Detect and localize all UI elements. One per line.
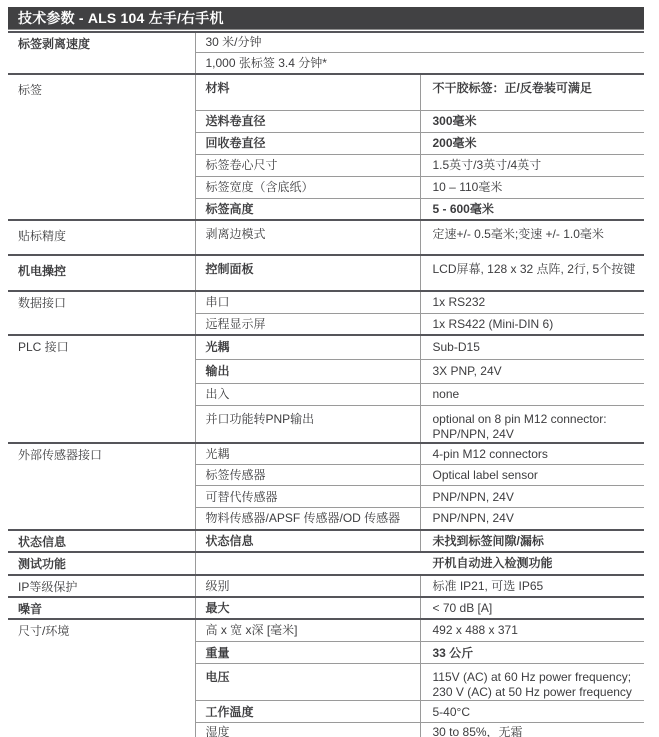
spec-row: 尺寸/环境高 x 宽 x深 [毫米]492 x 488 x 371 — [8, 619, 644, 642]
spec-value-cell: PNP/NPN, 24V — [420, 486, 644, 508]
section-label-cell: 机电操控 — [8, 255, 195, 291]
spec-table: 标签剥离速度30 米/分钟1,000 张标签 3.4 分钟*标签材料不干胶标签：… — [8, 31, 644, 737]
spec-value-cell: LCD屏幕, 128 x 32 点阵, 2行, 5个按键 — [420, 255, 644, 291]
spec-value-cell: 30 to 85%，无霜 — [420, 723, 644, 737]
section-label-cell: 外部传感器接口 — [8, 443, 195, 530]
spec-table-body: 标签剥离速度30 米/分钟1,000 张标签 3.4 分钟*标签材料不干胶标签：… — [8, 32, 644, 737]
spec-sheet-page: 技术参数 - ALS 104 左手/右手机 标签剥离速度30 米/分钟1,000… — [0, 0, 659, 737]
spec-row: PLC 接口光耦Sub-D15 — [8, 335, 644, 359]
spec-name-cell: 重量 — [195, 642, 420, 664]
spec-value-cell: Optical label sensor — [420, 465, 644, 486]
spec-name-cell: 光耦 — [195, 443, 420, 465]
section-label-cell: PLC 接口 — [8, 335, 195, 443]
spec-name-cell: 湿度 — [195, 723, 420, 737]
spec-row: 噪音最大< 70 dB [A] — [8, 597, 644, 619]
spec-name-cell: 标签高度 — [195, 198, 420, 220]
spec-name-cell: 标签传感器 — [195, 465, 420, 486]
spec-name-cell: 标签卷心尺寸 — [195, 154, 420, 176]
spec-value-cell: optional on 8 pin M12 connector: PNP/NPN… — [420, 405, 644, 443]
spec-value-cell: 5 - 600毫米 — [420, 198, 644, 220]
spec-row: 外部传感器接口光耦4-pin M12 connectors — [8, 443, 644, 465]
spec-name-cell: 剥离边模式 — [195, 220, 420, 255]
spec-row: 状态信息状态信息未找到标签间隙/漏标 — [8, 530, 644, 552]
spec-value-cell: 5-40°C — [420, 701, 644, 723]
spec-value-cell: 1,000 张标签 3.4 分钟* — [195, 52, 644, 74]
section-label-cell: 噪音 — [8, 597, 195, 619]
section-label-cell: 标签 — [8, 74, 195, 220]
section-label-cell: 贴标精度 — [8, 220, 195, 255]
spec-value-cell: 开机自动进入检测功能 — [195, 552, 644, 575]
page-title: 技术参数 - ALS 104 左手/右手机 — [8, 7, 644, 30]
section-label-cell: 状态信息 — [8, 530, 195, 552]
spec-value-cell: 300毫米 — [420, 110, 644, 132]
spec-value-cell: 1x RS422 (Mini-DIN 6) — [420, 313, 644, 335]
spec-name-cell: 输出 — [195, 359, 420, 383]
spec-value-cell: 10 – 110毫米 — [420, 176, 644, 198]
spec-name-cell: 送料卷直径 — [195, 110, 420, 132]
spec-row: 数据接口串口1x RS232 — [8, 291, 644, 313]
spec-value-cell: 定速+/- 0.5毫米;变速 +/- 1.0毫米 — [420, 220, 644, 255]
spec-name-cell: 串口 — [195, 291, 420, 313]
spec-value-cell: 1x RS232 — [420, 291, 644, 313]
spec-value-cell: 33 公斤 — [420, 642, 644, 664]
spec-name-cell: 工作温度 — [195, 701, 420, 723]
spec-value-cell: 未找到标签间隙/漏标 — [420, 530, 644, 552]
spec-value-cell: 1.5英寸/3英寸/4英寸 — [420, 154, 644, 176]
spec-name-cell: 可替代传感器 — [195, 486, 420, 508]
spec-name-cell: 光耦 — [195, 335, 420, 359]
spec-name-cell: 并口功能转PNP输出 — [195, 405, 420, 443]
spec-name-cell: 远程显示屏 — [195, 313, 420, 335]
spec-value-cell: 4-pin M12 connectors — [420, 443, 644, 465]
spec-value-cell: 不干胶标签：正/反卷装可满足 — [420, 74, 644, 110]
spec-name-cell: 高 x 宽 x深 [毫米] — [195, 619, 420, 642]
spec-value-cell: 115V (AC) at 60 Hz power frequency; 230 … — [420, 664, 644, 701]
spec-name-cell: 级别 — [195, 575, 420, 597]
spec-row: 标签剥离速度30 米/分钟 — [8, 32, 644, 52]
spec-name-cell: 标签宽度（含底纸） — [195, 176, 420, 198]
spec-row: 测试功能开机自动进入检测功能 — [8, 552, 644, 575]
spec-row: 机电操控控制面板LCD屏幕, 128 x 32 点阵, 2行, 5个按键 — [8, 255, 644, 291]
spec-value-cell: 标准 IP21, 可选 IP65 — [420, 575, 644, 597]
spec-name-cell: 材料 — [195, 74, 420, 110]
spec-name-cell: 物料传感器/APSF 传感器/OD 传感器 — [195, 508, 420, 530]
spec-value-cell: 30 米/分钟 — [195, 32, 644, 52]
section-label-cell: IP等级保护 — [8, 575, 195, 597]
spec-row: 标签材料不干胶标签：正/反卷装可满足 — [8, 74, 644, 110]
section-label-cell: 数据接口 — [8, 291, 195, 335]
section-label-cell: 尺寸/环境 — [8, 619, 195, 737]
section-label-cell: 标签剥离速度 — [8, 32, 195, 74]
spec-row: IP等级保护级别标准 IP21, 可选 IP65 — [8, 575, 644, 597]
spec-value-cell: < 70 dB [A] — [420, 597, 644, 619]
spec-name-cell: 控制面板 — [195, 255, 420, 291]
spec-value-cell: PNP/NPN, 24V — [420, 508, 644, 530]
spec-value-cell: none — [420, 383, 644, 405]
spec-value-cell: 200毫米 — [420, 132, 644, 154]
spec-name-cell: 出入 — [195, 383, 420, 405]
spec-value-cell: 492 x 488 x 371 — [420, 619, 644, 642]
spec-row: 贴标精度剥离边模式定速+/- 0.5毫米;变速 +/- 1.0毫米 — [8, 220, 644, 255]
spec-name-cell: 回收卷直径 — [195, 132, 420, 154]
spec-name-cell: 状态信息 — [195, 530, 420, 552]
section-label-cell: 测试功能 — [8, 552, 195, 575]
spec-value-cell: Sub-D15 — [420, 335, 644, 359]
spec-name-cell: 电压 — [195, 664, 420, 701]
spec-name-cell: 最大 — [195, 597, 420, 619]
spec-value-cell: 3X PNP, 24V — [420, 359, 644, 383]
